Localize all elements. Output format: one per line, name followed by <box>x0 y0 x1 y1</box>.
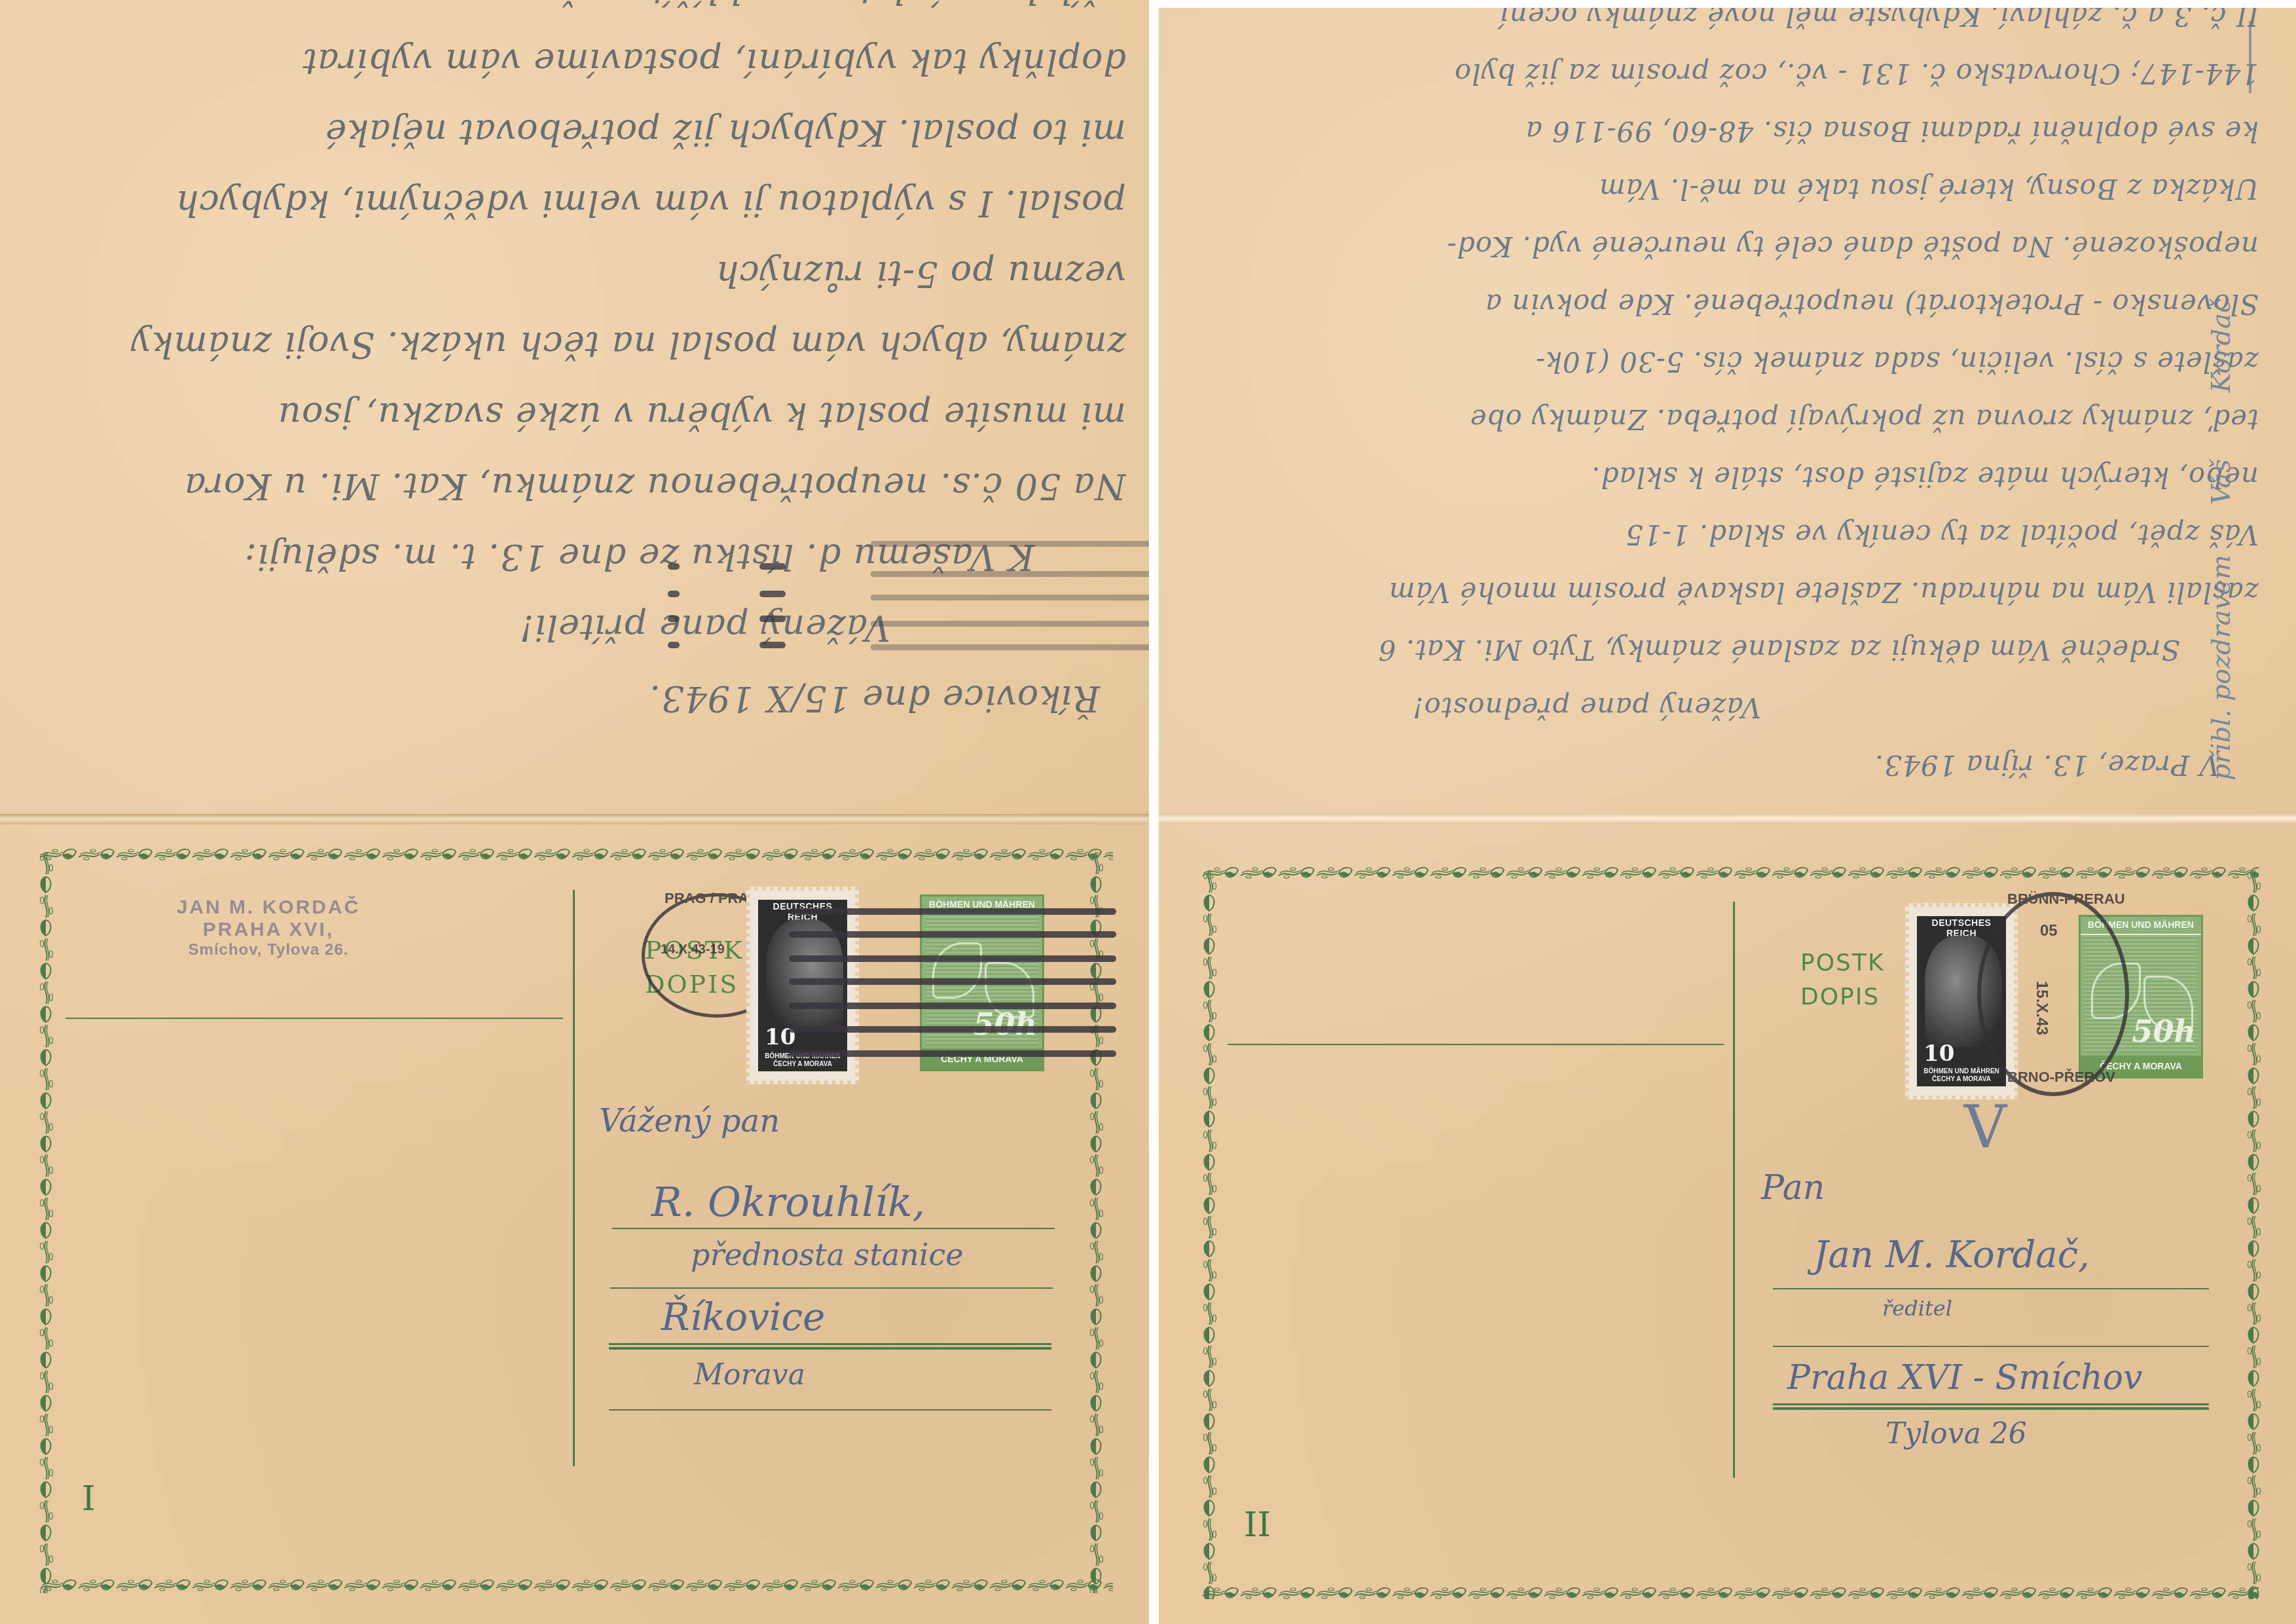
pencil-arrow-mark: V <box>1964 1093 2007 1162</box>
address-region: Morava <box>694 1358 805 1392</box>
ornamental-border-bottom <box>1201 1584 2259 1601</box>
letter-line: nebo, kterých máte zajisté dost, stále k… <box>1185 448 2259 506</box>
address-title: ředitel <box>1882 1296 1952 1321</box>
letter-line: Slovensko - Protektorát) neupotřebené. K… <box>1185 275 2259 333</box>
letter-dateline: V Praze, 13. října 1943. <box>1185 736 2259 794</box>
card-number-marker: II <box>1244 1505 1271 1545</box>
sender-rule <box>1228 1044 1724 1045</box>
reply-card-right: POSTK DOPIS DEUTSCHES REICH 10 BÖHMEN UN… <box>1159 824 2296 1624</box>
letter-panel-left: Říkovice dne 15/X 1943. Vážený pane přít… <box>0 0 1149 815</box>
ornamental-border-left <box>38 851 55 1593</box>
address-rule-3 <box>609 1343 1051 1350</box>
address-rule-2 <box>610 1287 1053 1289</box>
margin-bracket <box>2249 21 2251 93</box>
address-name: Jan M. Kordač, <box>1813 1234 2090 1276</box>
card-number-marker: I <box>82 1479 96 1519</box>
address-rule-1 <box>612 1228 1055 1229</box>
letter-line: mi musíte poslat k výběru v úzké svazku,… <box>26 380 1126 451</box>
ornamental-border-bottom <box>39 1576 1113 1593</box>
ornamental-border-top <box>39 845 1113 862</box>
address-name: R. Okrouhlík, <box>651 1178 925 1226</box>
ornamental-border-left <box>1201 869 1218 1599</box>
postcard-right: V Praze, 13. října 1943. Vážený pane pře… <box>1159 8 2296 1624</box>
address-rule-4 <box>609 1409 1051 1411</box>
address-street: Tylova 26 <box>1886 1417 2027 1450</box>
letter-line: ke své doplnění řadami Bosna čís. 48-60,… <box>1185 102 2259 160</box>
ornamental-border-right <box>1088 851 1105 1593</box>
postcard-left: Říkovice dne 15/X 1943. Vážený pane přít… <box>0 0 1149 1624</box>
ornamental-border-right <box>2246 869 2263 1599</box>
card-divider <box>573 890 575 1466</box>
machine-cancel-offset <box>655 563 1149 733</box>
address-rule-1 <box>1773 1288 2209 1289</box>
fold-line <box>0 814 1149 824</box>
card-divider <box>1733 902 1735 1478</box>
margin-signature: přibl. pozdravem Váš Kordač <box>2206 299 2236 781</box>
letter-line: nepoškozené. Na poště dané celé ty neurč… <box>1185 217 2259 275</box>
letter-panel-right: V Praze, 13. října 1943. Vážený pane pře… <box>1159 8 2296 823</box>
letter-line: Srdečně Vám děkuji za zaslané známky, Ty… <box>1185 621 2259 678</box>
address-salutation: Pan <box>1761 1168 1825 1208</box>
address-rule-2 <box>1773 1346 2209 1347</box>
letter-salutation: Vážený pane přednosto! <box>1185 678 2259 736</box>
address-town: Říkovice <box>661 1295 825 1339</box>
reply-card-left: JAN M. KORDAČ PRAHA XVI, Smíchov, Tylova… <box>0 824 1149 1624</box>
address-salutation: Vážený pan <box>599 1103 780 1139</box>
letter-line: mi to poslal. Kdybych již potřebovat něj… <box>26 97 1126 168</box>
letter-line: teď, známky zrovna už pokrývají potřeba.… <box>1185 390 2259 448</box>
ornamental-border-top <box>1201 864 2259 881</box>
letter-line: zaslali Vám na náhradu. Zašlete laskavě … <box>1185 563 2259 621</box>
letter-line: II č. 3 a č. záhlaví, Kdybyste měl nové … <box>1185 8 2259 45</box>
letter-line: Na 50 č.s. neupotřebenou známku, Kat. Mi… <box>26 451 1126 521</box>
sender-rule <box>65 1018 563 1019</box>
card-type-label: POSTK DOPIS <box>1800 946 1885 1014</box>
letter-line: příloh a výplatou, nahlížíte mě. <box>26 0 1126 26</box>
postmark-bruenn-prerau: BRÜNN-PRERAU 05 15.X.43 BRNO-PŘEROV <box>1977 892 2129 1096</box>
letter-line: Váš zpět, počítal za ty ceníky ve sklad.… <box>1185 506 2259 563</box>
letter-line: poslal. I s výplatou ji vám velmi vděčný… <box>26 168 1126 238</box>
letter-line: známy, abych vám poslal na těch ukázk. S… <box>26 309 1126 380</box>
letter-line: Ukázka z Bosny, které jsou také na mě-l.… <box>1185 160 2259 217</box>
address-rule-3 <box>1773 1403 2209 1410</box>
letter-line: vezmu po 5-ti různých <box>26 238 1126 309</box>
handwritten-letter-right: V Praze, 13. října 1943. Vážený pane pře… <box>1185 21 2259 794</box>
return-address-stamp: JAN M. KORDAČ PRAHA XVI, Smíchov, Tylova… <box>131 896 406 959</box>
letter-line: doplňky tak vybírání, postavíme vám vybí… <box>26 26 1126 97</box>
letter-line: 144-147; Chorvatsko č. 131 - vč., což pr… <box>1185 45 2259 102</box>
address-city: Praha XVI - Smíchov <box>1787 1358 2142 1397</box>
address-title: přednosta stanice <box>691 1237 963 1272</box>
letter-line: zašlete s čísl. veličin, sada známek čís… <box>1185 333 2259 390</box>
fold-line <box>1159 813 2296 824</box>
